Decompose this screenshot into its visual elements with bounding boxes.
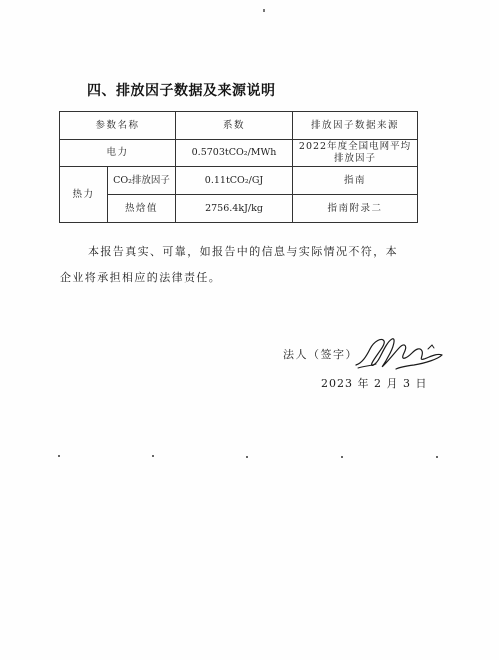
scan-artifact-mark (263, 9, 265, 12)
scan-artifact-dot (58, 455, 60, 457)
cell-heat-name: 热力 (60, 167, 108, 223)
cell-electricity-source: 2022年度全国电网平均排放因子 (293, 140, 418, 167)
header-source: 排放因子数据来源 (293, 112, 418, 140)
cell-heat-enthalpy-source: 指南附录二 (293, 195, 418, 223)
section-title: 四、排放因子数据及来源说明 (87, 80, 276, 100)
emission-factor-table: 参数名称 系数 排放因子数据来源 电力 0.5703tCO₂/MWh 2022年… (59, 111, 418, 223)
table-row-heat-enthalpy: 热焓值 2756.4kJ/kg 指南附录二 (60, 195, 418, 223)
scan-artifact-dot (246, 456, 248, 458)
scan-artifact-dot (436, 456, 438, 458)
cell-heat-co2-coefficient: 0.11tCO₂/GJ (176, 167, 293, 195)
cell-heat-enthalpy-coefficient: 2756.4kJ/kg (176, 195, 293, 223)
cell-electricity-coefficient: 0.5703tCO₂/MWh (176, 140, 293, 167)
liability-statement: 本报告真实、可靠，如报告中的信息与实际情况不符，本企业将承担相应的法律责任。 (60, 239, 400, 291)
cell-heat-co2-source: 指南 (293, 167, 418, 195)
handwritten-signature-icon (354, 335, 446, 371)
cell-heat-enthalpy-param: 热焓值 (108, 195, 176, 223)
signature-label: 法人（签字） (283, 346, 358, 362)
table-row-electricity: 电力 0.5703tCO₂/MWh 2022年度全国电网平均排放因子 (60, 140, 418, 167)
scan-artifact-dot (152, 455, 154, 457)
signing-date: 2023 年 2 月 3 日 (321, 375, 427, 391)
scan-artifact-dot (341, 456, 343, 458)
cell-heat-co2-param: CO₂排放因子 (108, 167, 176, 195)
document-page: 四、排放因子数据及来源说明 参数名称 系数 排放因子数据来源 电力 0.5703… (0, 0, 499, 660)
header-coefficient: 系数 (176, 112, 293, 140)
header-param-name: 参数名称 (60, 112, 176, 140)
table-row-heat-co2: 热力 CO₂排放因子 0.11tCO₂/GJ 指南 (60, 167, 418, 195)
table-header-row: 参数名称 系数 排放因子数据来源 (60, 112, 418, 140)
cell-electricity-name: 电力 (60, 140, 176, 167)
